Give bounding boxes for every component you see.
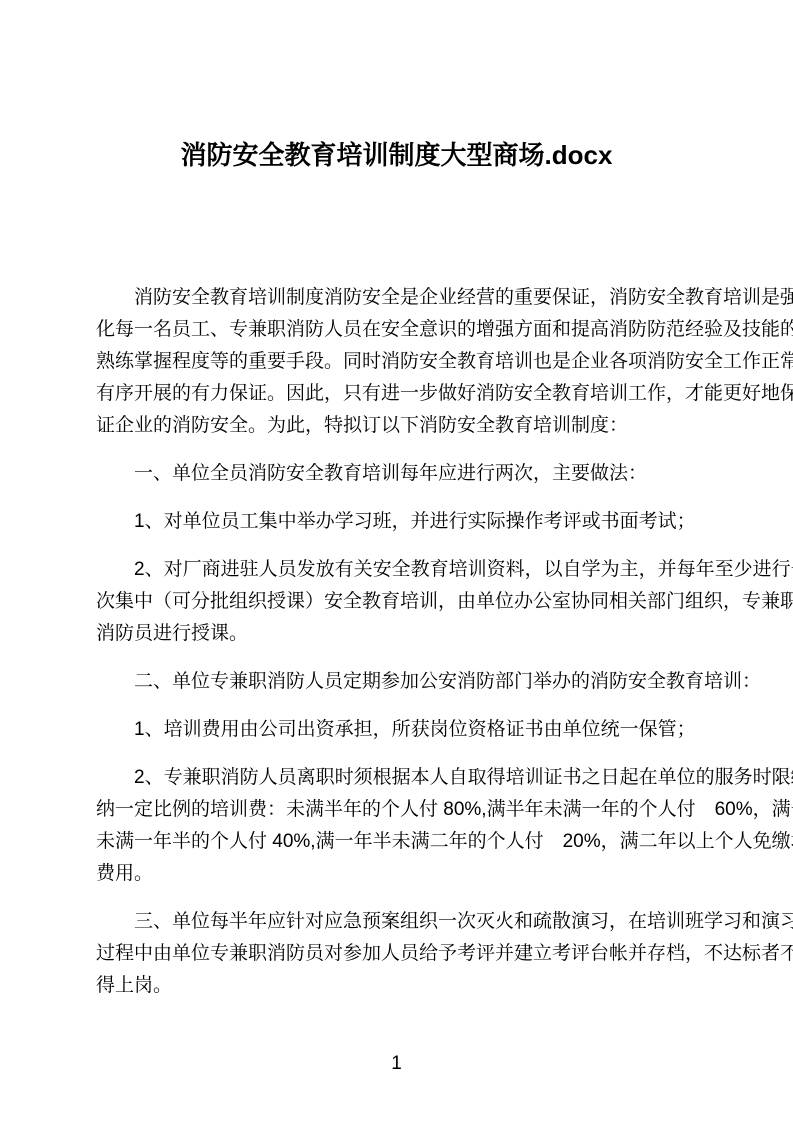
section-2-item-2: 2、专兼职消防人员离职时须根据本人自取得培训证书之日起在单位的服务时限缴 纳一定… bbox=[96, 762, 793, 890]
section-2-heading: 二、单位专兼职消防人员定期参加公安消防部门举办的消防安全教育培训： bbox=[96, 666, 793, 698]
section-3-heading: 三、单位每半年应针对应急预案组织一次灭火和疏散演习，在培训班学习和演习 过程中由… bbox=[96, 906, 793, 1002]
text-line: 熟练掌握程度等的重要手段。同时消防安全教育培训也是企业各项消防安全工作正常 bbox=[96, 346, 793, 378]
text-line: 次集中（可分批组织授课）安全教育培训，由单位办公室协同相关部门组织，专兼职 bbox=[96, 586, 793, 618]
text-line: 得上岗。 bbox=[96, 970, 793, 1002]
text-line: 1、培训费用由公司出资承担，所获岗位资格证书由单位统一保管； bbox=[96, 714, 793, 746]
paragraph-intro: 消防安全教育培训制度消防安全是企业经营的重要保证，消防安全教育培训是强 化每一名… bbox=[96, 282, 793, 442]
document-body: 消防安全教育培训制度消防安全是企业经营的重要保证，消防安全教育培训是强 化每一名… bbox=[96, 282, 793, 1018]
text-line: 有序开展的有力保证。因此，只有进一步做好消防安全教育培训工作，才能更好地保 bbox=[96, 378, 793, 410]
text-line: 三、单位每半年应针对应急预案组织一次灭火和疏散演习，在培训班学习和演习 bbox=[96, 906, 793, 938]
text-line: 1、对单位员工集中举办学习班，并进行实际操作考评或书面考试； bbox=[96, 506, 793, 538]
document-title: 消防安全教育培训制度大型商场.docx bbox=[0, 139, 793, 171]
section-1-heading: 一、单位全员消防安全教育培训每年应进行两次，主要做法： bbox=[96, 458, 793, 490]
text-line: 一、单位全员消防安全教育培训每年应进行两次，主要做法： bbox=[96, 458, 793, 490]
text-line: 化每一名员工、专兼职消防人员在安全意识的增强方面和提高消防防范经验及技能的 bbox=[96, 314, 793, 346]
text-line: 消防员进行授课。 bbox=[96, 618, 793, 650]
page-number: 1 bbox=[0, 1053, 793, 1075]
text-line: 二、单位专兼职消防人员定期参加公安消防部门举办的消防安全教育培训： bbox=[96, 666, 793, 698]
text-line: 纳一定比例的培训费：未满半年的个人付 80%,满半年未满一年的个人付 60%，满… bbox=[96, 794, 793, 826]
text-line: 证企业的消防安全。为此，特拟订以下消防安全教育培训制度： bbox=[96, 410, 793, 442]
text-line: 过程中由单位专兼职消防员对参加人员给予考评并建立考评台帐并存档，不达标者不 bbox=[96, 938, 793, 970]
text-line: 费用。 bbox=[96, 858, 793, 890]
text-line: 2、对厂商进驻人员发放有关安全教育培训资料，以自学为主，并每年至少进行一 bbox=[96, 554, 793, 586]
document-page: 消防安全教育培训制度大型商场.docx 消防安全教育培训制度消防安全是企业经营的… bbox=[0, 0, 793, 1122]
section-1-item-2: 2、对厂商进驻人员发放有关安全教育培训资料，以自学为主，并每年至少进行一 次集中… bbox=[96, 554, 793, 650]
section-1-item-1: 1、对单位员工集中举办学习班，并进行实际操作考评或书面考试； bbox=[96, 506, 793, 538]
text-line: 消防安全教育培训制度消防安全是企业经营的重要保证，消防安全教育培训是强 bbox=[96, 282, 793, 314]
text-line: 未满一年半的个人付 40%,满一年半未满二年的个人付 20%，满二年以上个人免缴… bbox=[96, 826, 793, 858]
section-2-item-1: 1、培训费用由公司出资承担，所获岗位资格证书由单位统一保管； bbox=[96, 714, 793, 746]
text-line: 2、专兼职消防人员离职时须根据本人自取得培训证书之日起在单位的服务时限缴 bbox=[96, 762, 793, 794]
